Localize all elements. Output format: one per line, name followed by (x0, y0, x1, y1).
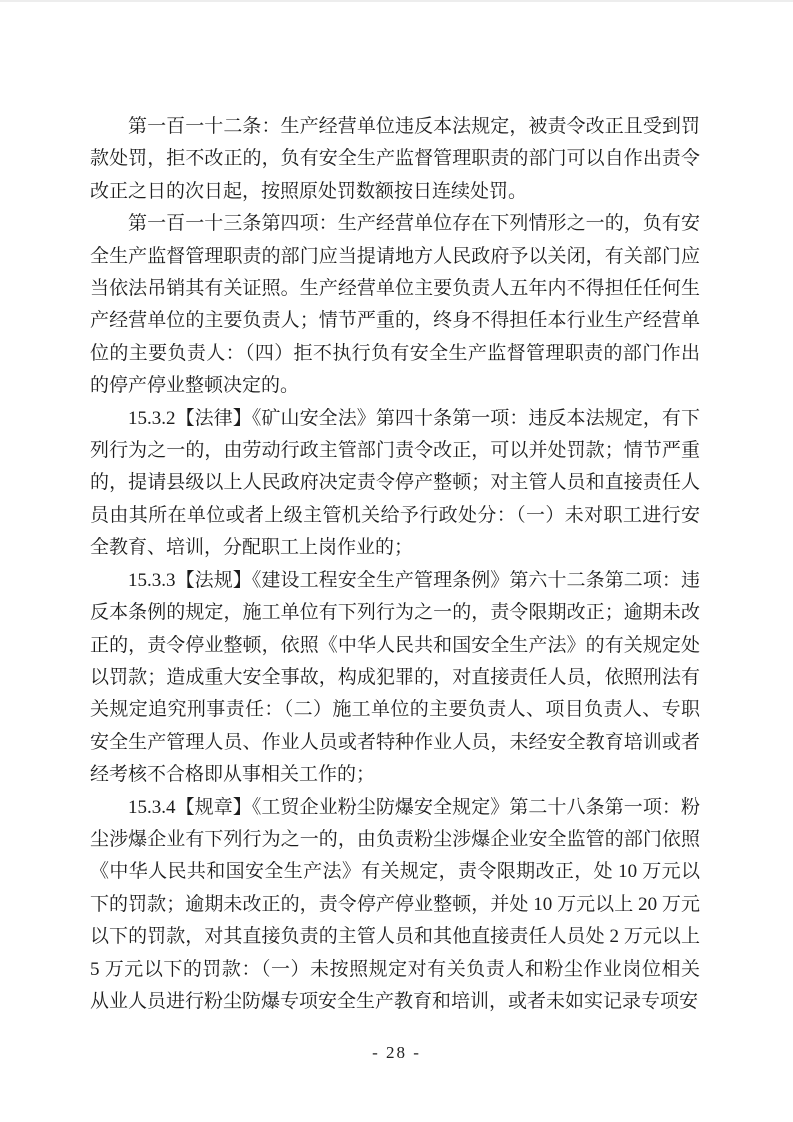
document-page: 第一百一十二条：生产经营单位违反本法规定，被责令改正且受到罚款处罚，拒不改正的，… (0, 2, 793, 1122)
paragraph-article-113-item-4: 第一百一十三条第四项：生产经营单位存在下列情形之一的，负有安全生产监督管理职责的… (90, 208, 700, 402)
paragraph-15-3-4-dust-explosion-rule: 15.3.4【规章】《工贸企业粉尘防爆安全规定》第二十八条第一项：粉尘涉爆企业有… (90, 792, 700, 1019)
paragraph-15-3-3-construction-safety-regulation: 15.3.3【法规】《建设工程安全生产管理条例》第六十二条第二项：违反本条例的规… (90, 565, 700, 792)
paragraph-15-3-2-mine-safety-law: 15.3.2【法律】《矿山安全法》第四十条第一项：违反本法规定，有下列行为之一的… (90, 403, 700, 565)
document-body: 第一百一十二条：生产经营单位违反本法规定，被责令改正且受到罚款处罚，拒不改正的，… (90, 111, 700, 1018)
paragraph-article-112: 第一百一十二条：生产经营单位违反本法规定，被责令改正且受到罚款处罚，拒不改正的，… (90, 111, 700, 208)
page-number: - 28 - (0, 1043, 793, 1063)
